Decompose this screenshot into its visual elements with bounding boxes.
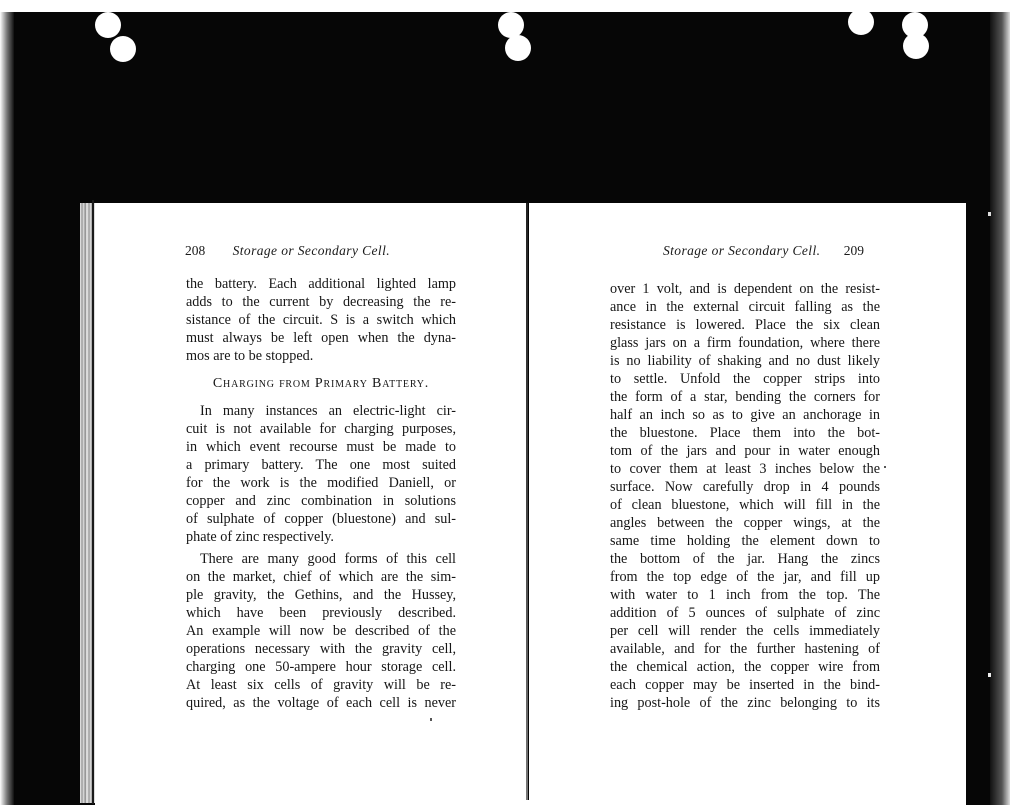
punch-hole [505, 35, 531, 61]
text-line: over 1 volt, and is dependent on the res… [610, 280, 880, 298]
text-line: available, and for the further hastening… [610, 640, 880, 658]
punch-hole [903, 33, 929, 59]
text-line: ance in the external circuit falling as … [610, 298, 880, 316]
text-line: cuit is not available for charging purpo… [186, 420, 456, 438]
scanned-book-spread: 208 Storage or Secondary Cell. Storage o… [0, 0, 1024, 805]
text-line: quired, as the voltage of each cell is n… [186, 694, 456, 712]
book-cover-edge [92, 200, 94, 804]
text-line: angles between the copper wings, at the [610, 514, 880, 532]
punch-hole [110, 36, 136, 62]
right-page-number: 209 [844, 243, 864, 258]
right-running-head-title: Storage or Secondary Cell. [663, 243, 820, 258]
scan-speck [430, 718, 432, 721]
text-line: for the work is the modified Daniell, or [186, 474, 456, 492]
left-page-number: 208 [185, 243, 205, 258]
punch-hole [95, 12, 121, 38]
right-paragraph-1: over 1 volt, and is dependent on the res… [610, 280, 880, 712]
text-line: resistance is lowered. Place the six cle… [610, 316, 880, 334]
text-line: ple gravity, the Gethins, and the Hussey… [186, 586, 456, 604]
text-line: the battery. Each additional lighted lam… [186, 275, 456, 293]
text-line: sistance of the circuit. S is a switch w… [186, 311, 456, 329]
text-line: in which event recourse must be made to [186, 438, 456, 456]
text-line: the form of a star, bending the corners … [610, 388, 880, 406]
right-running-head: Storage or Secondary Cell. 209 [663, 243, 864, 259]
text-line: same time holding the element down to [610, 532, 880, 550]
text-line: with water to 1 inch from the top. The [610, 586, 880, 604]
scanner-background-right-edge [990, 12, 1010, 805]
text-line: half an inch so as to give an anchorage … [610, 406, 880, 424]
text-line: phate of zinc respectively. [186, 528, 456, 546]
text-line: An example will now be described of the [186, 622, 456, 640]
text-line: on the market, chief of which are the si… [186, 568, 456, 586]
text-line: At least six cells of gravity will be re… [186, 676, 456, 694]
text-line: of sulphate of copper (bluestone) and su… [186, 510, 456, 528]
right-page-body: over 1 volt, and is dependent on the res… [610, 280, 880, 712]
text-line: glass jars on a firm foundation, where t… [610, 334, 880, 352]
text-line: is no liability of shaking and no dust l… [610, 352, 880, 370]
scan-speck [884, 466, 886, 468]
text-line: the bottom of the jar. Hang the zincs [610, 550, 880, 568]
text-line: from the top edge of the jar, and fill u… [610, 568, 880, 586]
text-line: There are many good forms of this cell [186, 550, 456, 568]
text-line: to cover them at least 3 inches below th… [610, 460, 880, 478]
left-paragraph-3: There are many good forms of this cellon… [186, 550, 456, 712]
scanner-background-left-edge [0, 12, 14, 805]
text-line: must always be left open when the dyna- [186, 329, 456, 347]
text-line: addition of 5 ounces of sulphate of zinc [610, 604, 880, 622]
text-line: per cell will render the cells immediate… [610, 622, 880, 640]
scan-speck [988, 673, 991, 677]
text-line: which have been previously described. [186, 604, 456, 622]
text-line: tom of the jars and pour in water enough [610, 442, 880, 460]
text-line: mos are to be stopped. [186, 347, 456, 365]
text-line: a primary battery. The one most suited [186, 456, 456, 474]
text-line: each copper may be inserted in the bind- [610, 676, 880, 694]
text-line: adds to the current by decreasing the re… [186, 293, 456, 311]
text-line: to settle. Unfold the copper strips into [610, 370, 880, 388]
text-line: the chemical action, the copper wire fro… [610, 658, 880, 676]
section-heading: Charging from Primary Battery. [186, 375, 456, 393]
book-gutter [526, 203, 528, 803]
text-line: ing post-hole of the zinc belonging to i… [610, 694, 880, 712]
text-line: copper and zinc combination in solutions [186, 492, 456, 510]
text-line: charging one 50-ampere hour storage cell… [186, 658, 456, 676]
left-page-body: the battery. Each additional lighted lam… [186, 275, 456, 712]
text-line: operations necessary with the gravity ce… [186, 640, 456, 658]
scan-speck [988, 212, 991, 216]
text-line: the bluestone. Place them into the bot- [610, 424, 880, 442]
text-line: surface. Now carefully drop in 4 pounds [610, 478, 880, 496]
left-paragraph-2: In many instances an electric-light cir-… [186, 402, 456, 546]
left-running-head-title: Storage or Secondary Cell. [233, 243, 390, 258]
left-running-head: 208 Storage or Secondary Cell. [185, 243, 390, 259]
left-paragraph-1: the battery. Each additional lighted lam… [186, 275, 456, 365]
punch-hole [848, 9, 874, 35]
punch-hole [498, 12, 524, 38]
text-line: In many instances an electric-light cir- [186, 402, 456, 420]
text-line: of clean bluestone, which will fill in t… [610, 496, 880, 514]
page-bottom-edge [95, 800, 966, 805]
